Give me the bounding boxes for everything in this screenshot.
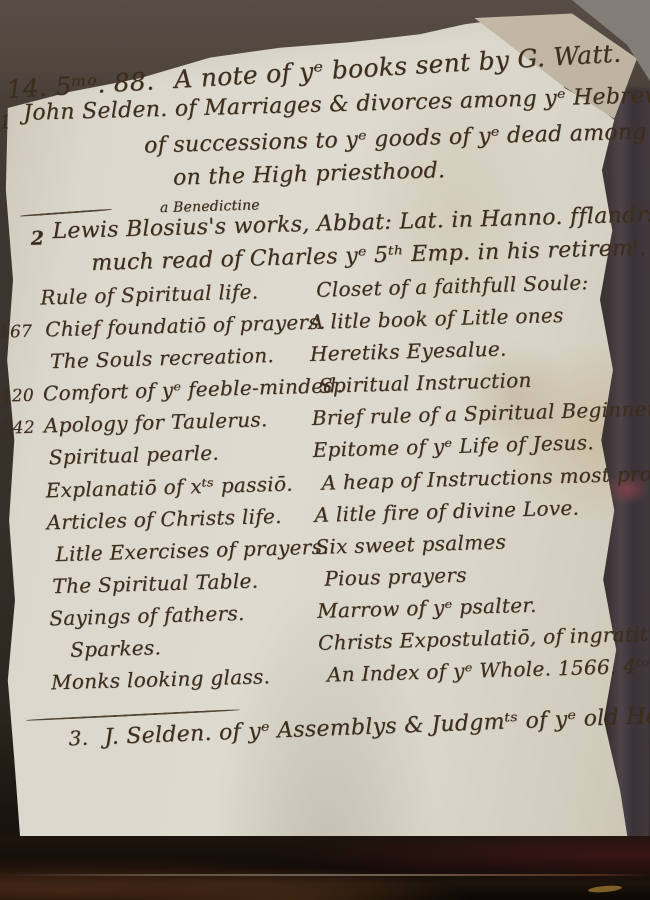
book-title-right: Closet of a faithfull Soule:	[304, 269, 641, 302]
margin-number: 167	[0, 322, 36, 343]
margin-number	[7, 690, 45, 691]
section-divider	[26, 709, 240, 721]
margin-number	[2, 497, 40, 498]
section-divider	[20, 208, 112, 217]
book-list: Rule of Spiritual life. Closet of a fait…	[0, 269, 650, 704]
margin-number	[5, 625, 43, 626]
margin-number	[0, 305, 34, 306]
margin-number	[5, 593, 43, 594]
margin-number: 542	[0, 418, 38, 439]
entry3-text: J. Selden. of yᵉ Assemblys & Judgmᵗˢ of …	[104, 701, 650, 750]
entry1-number: 1	[0, 111, 12, 133]
book-title-left: Rule of Spiritual life.	[34, 278, 305, 310]
entry1-line: of successions to yᵉ goods of yᵉ dead am…	[144, 118, 650, 159]
margin-number	[0, 369, 36, 370]
margin-number: 420	[0, 386, 37, 407]
closing-entry: 3. J. Selden. of yᵉ Assemblys & Judgmᵗˢ …	[68, 701, 650, 752]
entry3-number: 3.	[68, 726, 89, 752]
margin-number	[1, 465, 39, 466]
manuscript-text-layer: 14. 5ᵐᵒ. 88.A note of yᵉ books sent by G…	[0, 0, 650, 900]
margin-number	[6, 658, 44, 659]
margin-number	[4, 561, 42, 562]
margin-number	[3, 529, 41, 530]
entry2-number: 2	[30, 227, 44, 249]
entry1-line: on the High priesthood.	[173, 158, 446, 191]
manuscript-photo: 14. 5ᵐᵒ. 88.A note of yᵉ books sent by G…	[0, 0, 650, 900]
